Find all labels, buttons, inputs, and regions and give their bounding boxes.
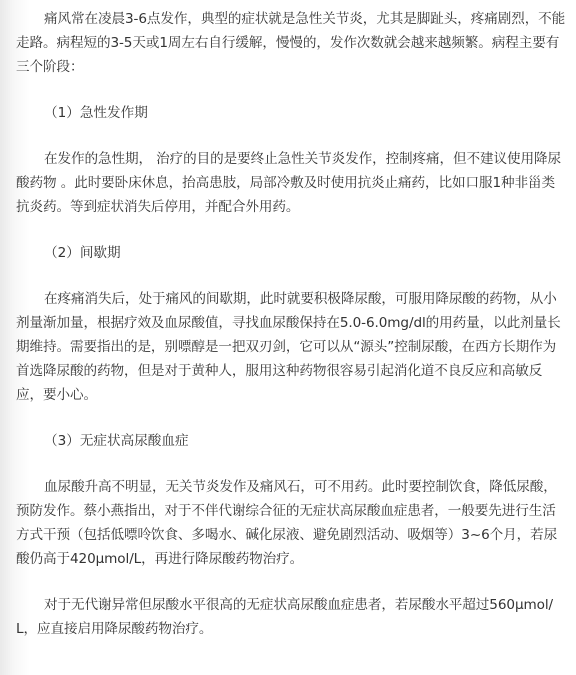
section-heading-asymptomatic-hyperuricemia: （3）无症状高尿酸血症 bbox=[16, 429, 566, 453]
intro-paragraph: 痛风常在凌晨3-6点发作，典型的症状就是急性关节炎，尤其是脚趾头，疼痛剧烈，不能… bbox=[16, 7, 566, 79]
article-body: 痛风常在凌晨3-6点发作，典型的症状就是急性关节炎，尤其是脚趾头，疼痛剧烈，不能… bbox=[0, 0, 576, 641]
acute-phase-paragraph: 在发作的急性期， 治疗的目的是要终止急性关节炎发作，控制疼痛，但不建议使用降尿酸… bbox=[16, 147, 566, 219]
section-heading-intermittent-phase: （2）间歇期 bbox=[16, 241, 566, 265]
asymptomatic-paragraph-2: 对于无代谢异常但尿酸水平很高的无症状高尿酸血症患者，若尿酸水平超过560μmol… bbox=[16, 593, 566, 641]
asymptomatic-paragraph-1: 血尿酸升高不明显，无关节炎发作及痛风石，可不用药。此时要控制饮食，降低尿酸，预防… bbox=[16, 475, 566, 571]
intermittent-phase-paragraph: 在疼痛消失后，处于痛风的间歇期，此时就要积极降尿酸，可服用降尿酸的药物，从小剂量… bbox=[16, 287, 566, 407]
section-heading-acute-phase: （1）急性发作期 bbox=[16, 101, 566, 125]
